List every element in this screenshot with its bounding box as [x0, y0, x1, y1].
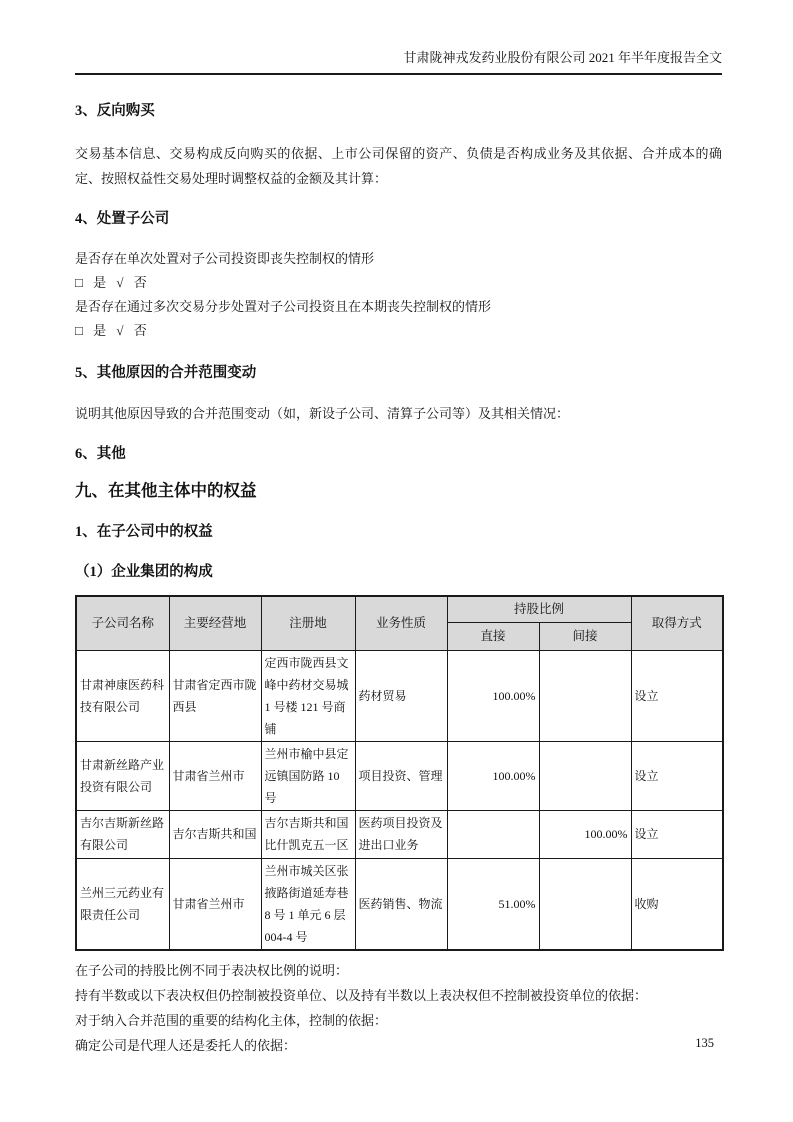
check-icon: √ — [116, 323, 123, 338]
page-number: 135 — [695, 1036, 714, 1051]
cell-direct-ratio: 100.00% — [447, 741, 539, 810]
document-header: 甘肃陇神戎发药业股份有限公司 2021 年半年度报告全文 — [75, 50, 722, 75]
cell-business-nature: 医药项目投资及进出口业务 — [355, 810, 447, 858]
report-page: 甘肃陇神戎发药业股份有限公司 2021 年半年度报告全文 3、反向购买 交易基本… — [0, 0, 793, 1122]
section-5-body: 说明其他原因导致的合并范围变动（如，新设子公司、清算子公司等）及其相关情况： — [75, 401, 722, 426]
section-5-title: 5、其他原因的合并范围变动 — [75, 363, 722, 383]
col-header-direct: 直接 — [447, 622, 539, 650]
col-header-business-nature: 业务性质 — [355, 596, 447, 650]
header-title: 甘肃陇神戎发药业股份有限公司 2021 年半年度报告全文 — [403, 50, 722, 65]
note-structured-entity-basis: 对于纳入合并范围的重要的结构化主体，控制的依据： — [75, 1008, 722, 1033]
col-header-main-place: 主要经营地 — [169, 596, 261, 650]
page-content: 甘肃陇神戎发药业股份有限公司 2021 年半年度报告全文 3、反向购买 交易基本… — [0, 0, 793, 1058]
col-header-acquisition-method: 取得方式 — [631, 596, 723, 650]
cell-main-place: 甘肃省兰州市 — [169, 858, 261, 950]
section-4-question-2: 是否存在通过多次交易分步处置对子公司投资且在本期丧失控制权的情形 — [75, 295, 722, 319]
check-icon: √ — [116, 275, 123, 290]
option-yes-label: 是 — [93, 275, 106, 290]
checkbox-unchecked-icon: □ — [75, 323, 83, 338]
cell-subsidiary-name: 甘肃神康医药科技有限公司 — [76, 650, 169, 741]
cell-acquisition-method: 设立 — [631, 810, 723, 858]
yes-no-options-2: □ 是 √ 否 — [75, 319, 722, 343]
subsection-1-title: 1、在子公司中的权益 — [75, 522, 722, 542]
cell-business-nature: 医药销售、物流 — [355, 858, 447, 950]
col-header-subsidiary-name: 子公司名称 — [76, 596, 169, 650]
section-3-title: 3、反向购买 — [75, 101, 722, 121]
col-header-indirect: 间接 — [539, 622, 631, 650]
section-4-title: 4、处置子公司 — [75, 209, 722, 229]
section-9-title: 九、在其他主体中的权益 — [75, 480, 722, 502]
note-agent-principal-basis: 确定公司是代理人还是委托人的依据： — [75, 1033, 722, 1058]
cell-business-nature: 项目投资、管理 — [355, 741, 447, 810]
subsection-1-1-title: （1）企业集团的构成 — [75, 562, 722, 582]
option-no-label: 否 — [134, 275, 147, 290]
table-row: 甘肃神康医药科技有限公司 甘肃省定西市陇西县 定西市陇西县文峰中药材交易城 1 … — [76, 650, 723, 741]
cell-registration-place: 兰州市城关区张掖路街道延寿巷 8 号 1 单元 6 层 004-4 号 — [261, 858, 355, 950]
yes-no-options-1: □ 是 √ 否 — [75, 271, 722, 295]
cell-subsidiary-name: 甘肃新丝路产业投资有限公司 — [76, 741, 169, 810]
cell-direct-ratio — [447, 810, 539, 858]
cell-acquisition-method: 收购 — [631, 858, 723, 950]
table-row: 吉尔吉斯新丝路有限公司 吉尔吉斯共和国 吉尔吉斯共和国比什凯克五一区 医药项目投… — [76, 810, 723, 858]
subsidiaries-table: 子公司名称 主要经营地 注册地 业务性质 持股比例 取得方式 直接 间接 甘肃神… — [75, 595, 724, 951]
cell-indirect-ratio: 100.00% — [539, 810, 631, 858]
cell-direct-ratio: 100.00% — [447, 650, 539, 741]
cell-acquisition-method: 设立 — [631, 741, 723, 810]
cell-subsidiary-name: 兰州三元药业有限责任公司 — [76, 858, 169, 950]
table-row: 兰州三元药业有限责任公司 甘肃省兰州市 兰州市城关区张掖路街道延寿巷 8 号 1… — [76, 858, 723, 950]
cell-indirect-ratio — [539, 858, 631, 950]
cell-acquisition-method: 设立 — [631, 650, 723, 741]
cell-main-place: 吉尔吉斯共和国 — [169, 810, 261, 858]
option-yes-label: 是 — [93, 323, 106, 338]
section-6-title: 6、其他 — [75, 444, 722, 464]
cell-registration-place: 吉尔吉斯共和国比什凯克五一区 — [261, 810, 355, 858]
cell-subsidiary-name: 吉尔吉斯新丝路有限公司 — [76, 810, 169, 858]
cell-registration-place: 兰州市榆中县定远镇国防路 10 号 — [261, 741, 355, 810]
cell-main-place: 甘肃省定西市陇西县 — [169, 650, 261, 741]
table-row: 甘肃新丝路产业投资有限公司 甘肃省兰州市 兰州市榆中县定远镇国防路 10 号 项… — [76, 741, 723, 810]
cell-registration-place: 定西市陇西县文峰中药材交易城 1 号楼 121 号商铺 — [261, 650, 355, 741]
col-header-registration-place: 注册地 — [261, 596, 355, 650]
section-4-question-1: 是否存在单次处置对子公司投资即丧失控制权的情形 — [75, 247, 722, 271]
note-voting-ratio: 在子公司的持股比例不同于表决权比例的说明： — [75, 958, 722, 983]
cell-indirect-ratio — [539, 650, 631, 741]
table-notes: 在子公司的持股比例不同于表决权比例的说明： 持有半数或以下表决权但仍控制被投资单… — [75, 958, 722, 1058]
cell-indirect-ratio — [539, 741, 631, 810]
note-half-voting-basis: 持有半数或以下表决权但仍控制被投资单位、以及持有半数以上表决权但不控制被投资单位… — [75, 983, 722, 1008]
cell-main-place: 甘肃省兰州市 — [169, 741, 261, 810]
option-no-label: 否 — [134, 323, 147, 338]
checkbox-unchecked-icon: □ — [75, 275, 83, 290]
cell-business-nature: 药材贸易 — [355, 650, 447, 741]
section-3-body: 交易基本信息、交易构成反向购买的依据、上市公司保留的资产、负债是否构成业务及其依… — [75, 141, 722, 191]
cell-direct-ratio: 51.00% — [447, 858, 539, 950]
col-header-holding-ratio: 持股比例 — [447, 596, 631, 622]
